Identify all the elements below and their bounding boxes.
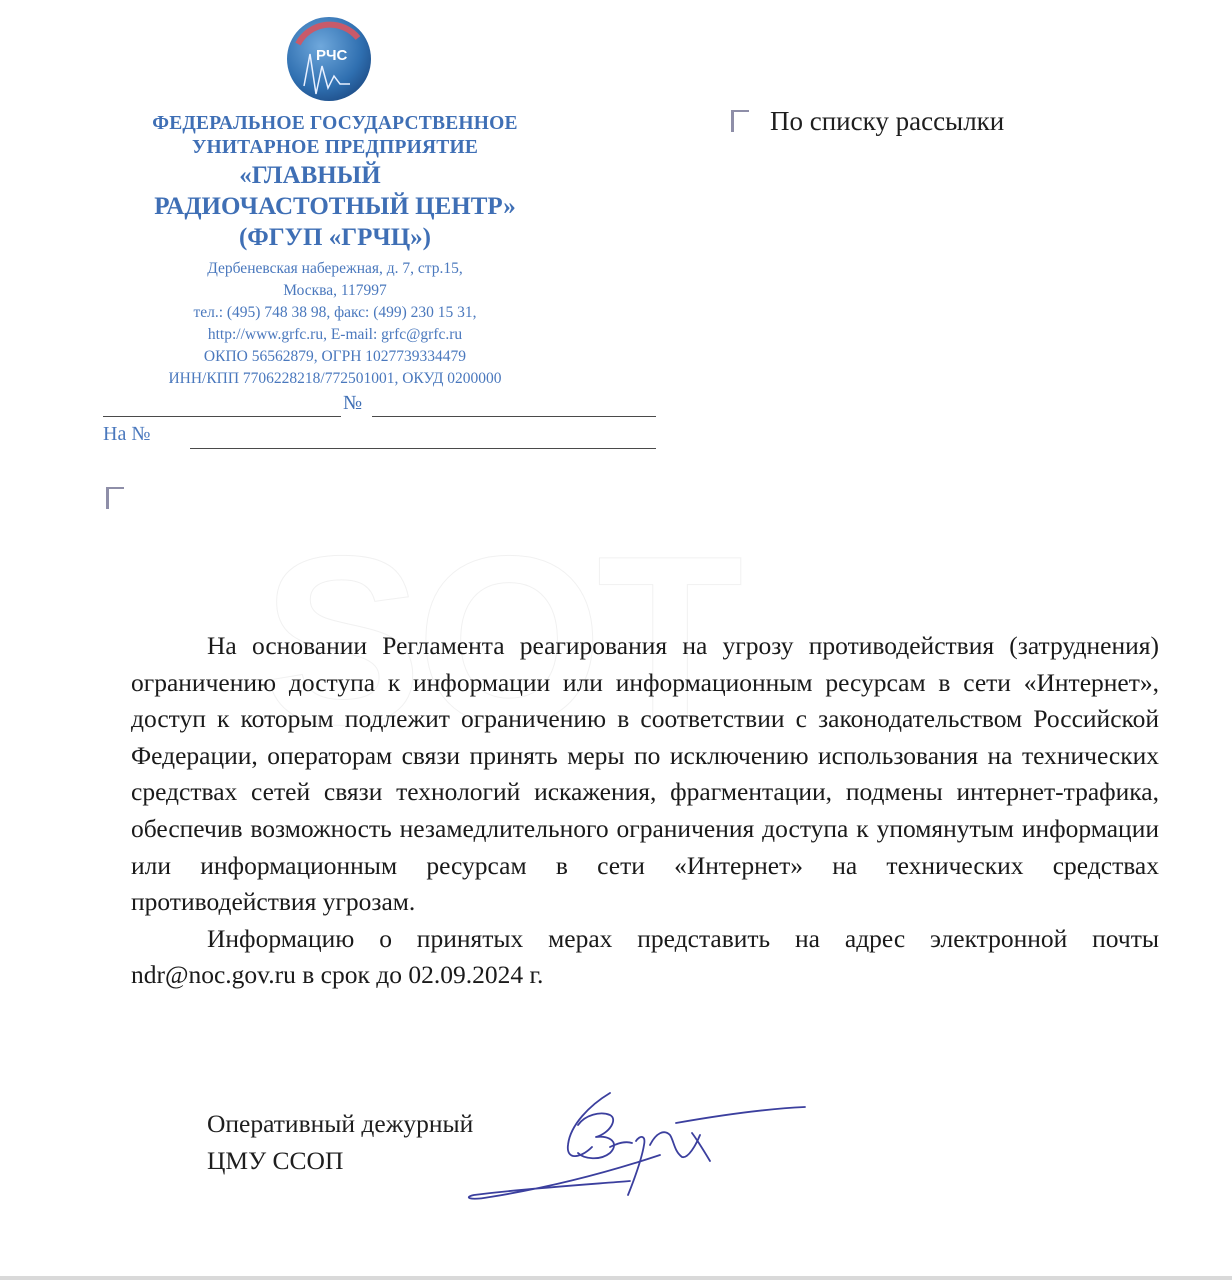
org-line: «ГЛАВНЫЙ (100, 160, 570, 191)
signer-department: ЦМУ ССОП (207, 1142, 473, 1179)
address-corner-mark-icon (106, 487, 124, 509)
city-line: Москва, 117997 (100, 280, 570, 302)
org-line: ФЕДЕРАЛЬНОЕ ГОСУДАРСТВЕННОЕ (100, 112, 570, 136)
org-line: (ФГУП «ГРЧЦ») (100, 222, 570, 253)
letter-page: SOT РЧС ФЕДЕРАЛЬНОЕ ГОСУДАРСТВЕННОЕ УНИТ… (0, 0, 1232, 1276)
body-paragraph: На основании Регламента реагирования на … (131, 628, 1159, 921)
organization-name: ФЕДЕРАЛЬНОЕ ГОСУДАРСТВЕННОЕ УНИТАРНОЕ ПР… (100, 112, 570, 253)
number-field-line (372, 416, 656, 417)
recipient: По списку рассылки (770, 106, 1004, 137)
signer-title: Оперативный дежурный (207, 1105, 473, 1142)
org-line: УНИТАРНОЕ ПРЕДПРИЯТИЕ (100, 136, 570, 160)
org-line: РАДИОЧАСТОТНЫЙ ЦЕНТР» (100, 191, 570, 222)
reply-to-label: На № (103, 423, 150, 446)
page-bottom-edge (0, 1276, 1232, 1280)
letter-body: На основании Регламента реагирования на … (131, 628, 1159, 994)
recipient-corner-mark-icon (731, 110, 749, 132)
grfc-logo-icon: РЧС (284, 14, 374, 104)
contact-details: Дербеневская набережная, д. 7, стр.15, М… (100, 258, 570, 390)
date-field-line (103, 416, 341, 417)
address-line: Дербеневская набережная, д. 7, стр.15, (100, 258, 570, 280)
okpo-ogrn-line: ОКПО 56562879, ОГРН 1027739334479 (100, 346, 570, 368)
number-sign: № (343, 392, 362, 415)
phone-line: тел.: (495) 748 38 98, факс: (499) 230 1… (100, 302, 570, 324)
body-paragraph: Информацию о принятых мерах представить … (131, 921, 1159, 994)
registration-number-block: № На № (100, 386, 660, 456)
reply-number-field-line (190, 448, 656, 449)
logo-text: РЧС (316, 47, 348, 64)
signer-position: Оперативный дежурный ЦМУ ССОП (207, 1105, 473, 1179)
web-email-line: http://www.grfc.ru, E-mail: grfc@grfc.ru (100, 324, 570, 346)
handwritten-signature-icon (460, 1085, 820, 1215)
